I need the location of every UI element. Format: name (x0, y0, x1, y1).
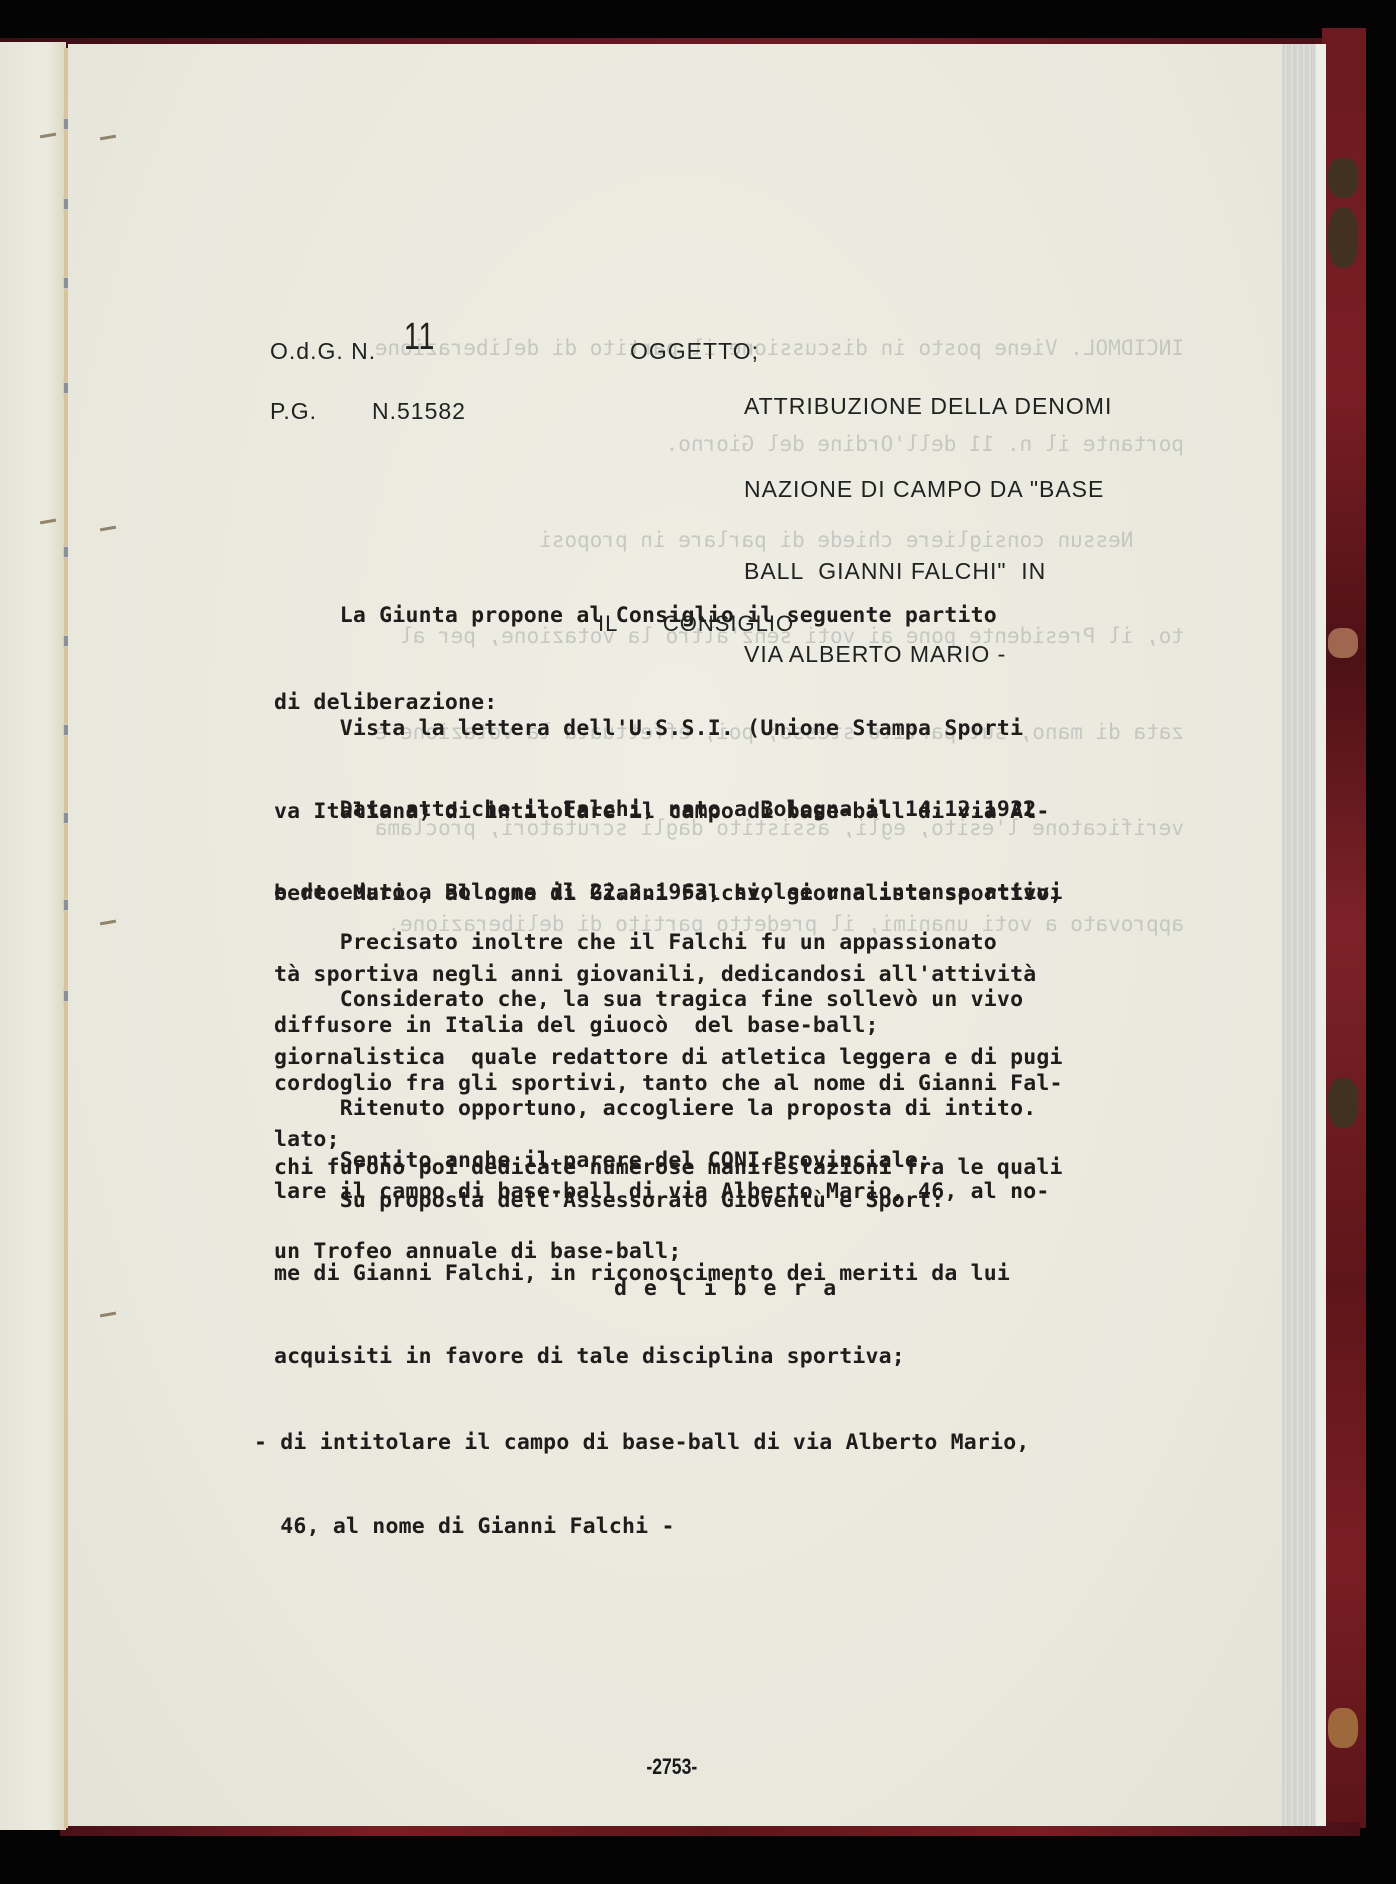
subject-line: ATTRIBUZIONE DELLA DENOMI (744, 393, 1112, 421)
page-stack-edges (1282, 44, 1326, 1826)
resolution-line: - di intitolare il campo di base-ball di… (254, 1429, 1030, 1457)
resolution-heading: d e l i b e r a (614, 1276, 838, 1301)
resolution-text: - di intitolare il campo di base-ball di… (254, 1373, 1030, 1569)
pg-number: N.51582 (372, 398, 466, 425)
paragraph-su-proposta: Su proposta dell'Assessorato Gioventù e … (274, 1188, 944, 1213)
left-page-edge (0, 42, 66, 1830)
paragraph-line: Dato atto che il Falchi, nato a Bologna … (274, 796, 1063, 824)
odg-label: O.d.G. N. (270, 338, 376, 365)
council-heading: IL CONSIGLIO (598, 611, 794, 637)
resolution-line: 46, al nome di Gianni Falchi - (254, 1513, 1030, 1541)
odg-number: 11 (404, 316, 435, 359)
page-number: -2753- (646, 1754, 697, 1780)
paragraph-sentito: Sentito anche il parere del CONI Provinc… (274, 1148, 931, 1173)
paragraph-line: Considerato che, la sua tragica fine sol… (274, 986, 1063, 1014)
paragraph-ritenuto: Ritenuto opportuno, accogliere la propos… (274, 1040, 1050, 1398)
pg-label: P.G. (270, 398, 317, 425)
subject-label: OGGETTO; (630, 338, 759, 365)
paragraph-line: acquisiti in favore di tale disciplina s… (274, 1343, 1050, 1371)
paragraph-line: Ritenuto opportuno, accogliere la propos… (274, 1095, 1050, 1123)
paragraph-line: Vista la lettera dell'U.S.S.I. (Unione S… (274, 715, 1063, 743)
subject-line: NAZIONE DI CAMPO DA "BASE (744, 476, 1112, 504)
book-cover-right (1322, 28, 1366, 1828)
